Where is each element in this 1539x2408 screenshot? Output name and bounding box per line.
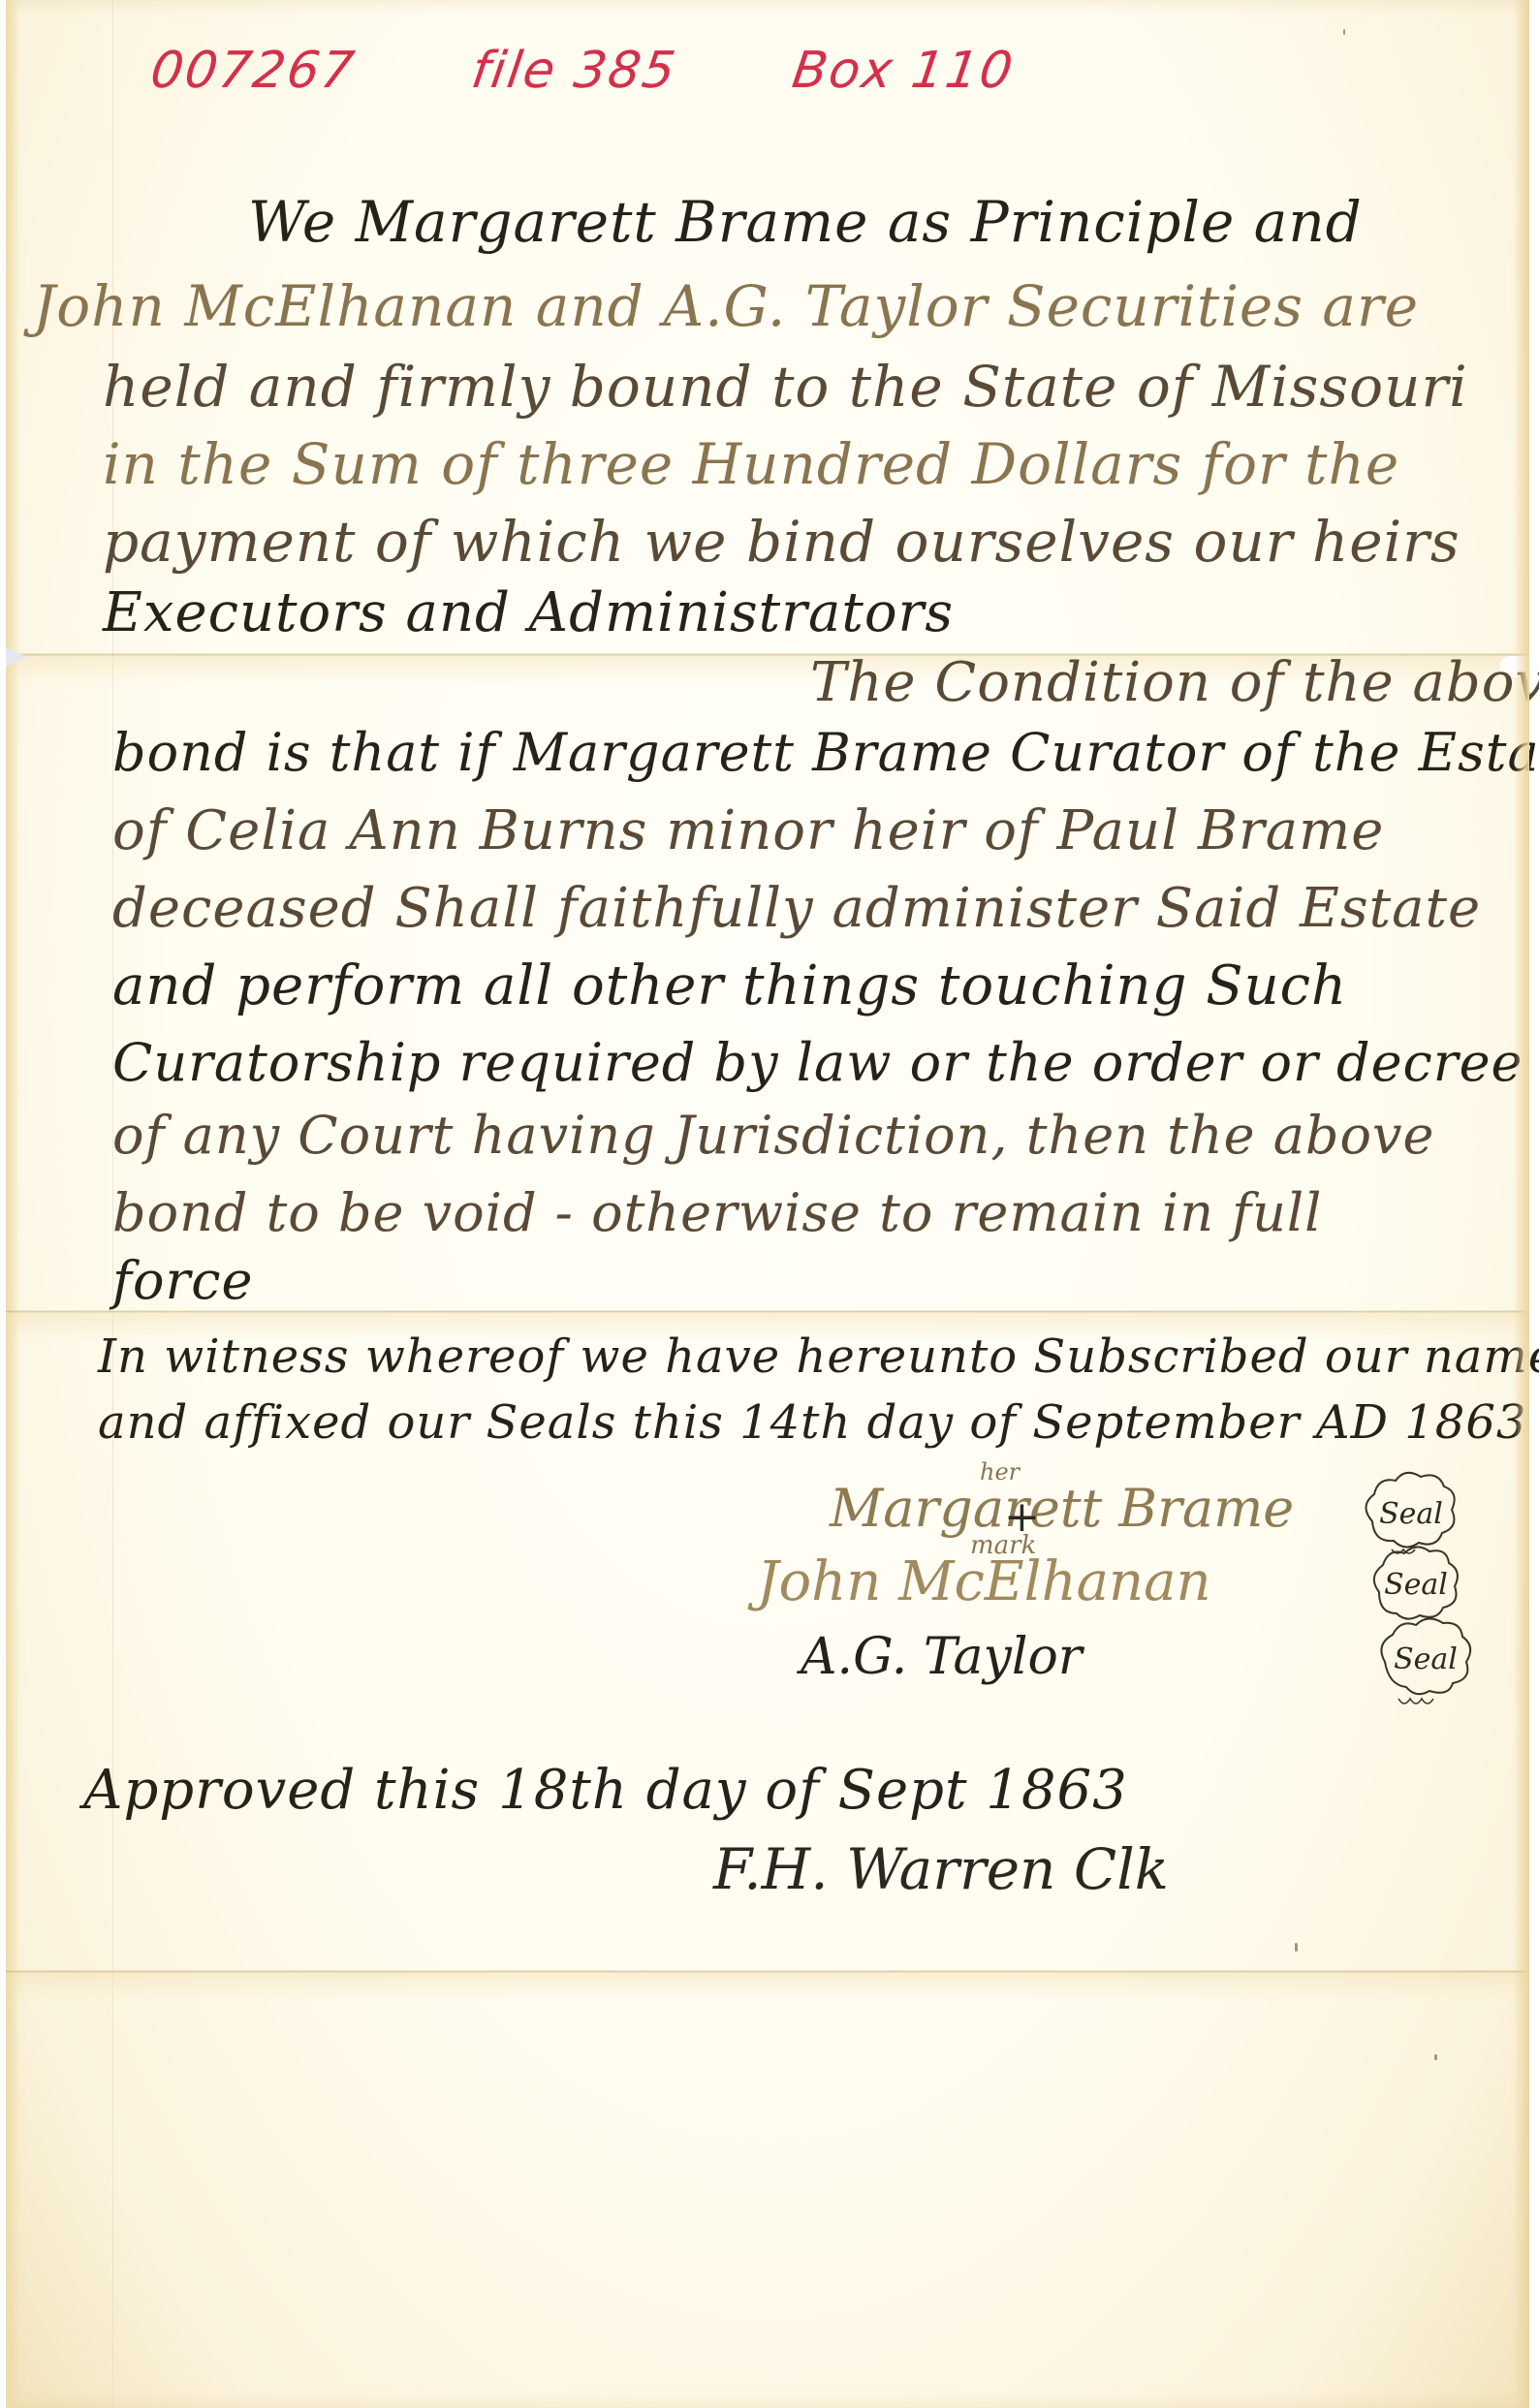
signature-name: Margarett Brame (830, 1478, 1294, 1539)
approval-line: Approved this 18th day of Sept 1863 (83, 1759, 1128, 1822)
seal-label: Seal (1353, 1497, 1469, 1531)
witness-line-1: In witness whereof we have hereunto Subs… (98, 1329, 1539, 1384)
file-number: file 385 (467, 42, 679, 100)
condition-line-3: of Celia Ann Burns minor heir of Paul Br… (112, 799, 1384, 862)
archive-annotation: 007267 file 385 Box 110 (151, 27, 1014, 114)
seal-label: Seal (1367, 1642, 1484, 1676)
box-number: Box 110 (788, 42, 1017, 100)
ink-speck (1434, 2054, 1437, 2060)
witness-line-2: and affixed our Seals this 14th day of S… (98, 1395, 1526, 1450)
condition-line-6: Curatorship required by law or the order… (112, 1032, 1523, 1093)
seal-icon: Seal (1367, 1613, 1484, 1725)
fold-crease-lower (6, 1970, 1529, 1973)
condition-line-1: The Condition of the above (810, 651, 1539, 714)
condition-line-9: force (112, 1250, 254, 1311)
condition-line-4: deceased Shall faithfully administer Sai… (112, 877, 1481, 940)
condition-line-5: and perform all other things touching Su… (112, 954, 1347, 1017)
fold-crease-shadow (6, 1972, 1529, 2001)
bond-line-6: Executors and Administrators (103, 581, 954, 644)
signature-margarett-brame: Margarett Brame (830, 1478, 1294, 1539)
ink-speck (1295, 1943, 1298, 1952)
signature-john-mcelhanan: John McElhanan (757, 1550, 1211, 1613)
paper-tear-left (6, 647, 48, 667)
condition-line-8: bond to be void - otherwise to remain in… (112, 1182, 1322, 1243)
record-number: 007267 (147, 42, 360, 100)
bond-line-4: in the Sum of three Hundred Dollars for … (103, 431, 1399, 497)
condition-line-7: of any Court having Jurisdiction, then t… (112, 1105, 1434, 1166)
bond-line-3: held and firmly bound to the State of Mi… (103, 354, 1468, 420)
bond-line-5: payment of which we bind ourselves our h… (103, 509, 1460, 575)
document-page: 007267 file 385 Box 110 We Margarett Bra… (6, 0, 1529, 2408)
bond-line-2: John McElhanan and A.G. Taylor Securitie… (33, 273, 1419, 339)
ink-speck (1343, 29, 1345, 35)
signature-ag-taylor: A.G. Taylor (801, 1628, 1083, 1686)
clerk-signature: F.H. Warren Clk (713, 1836, 1169, 1902)
seal-label: Seal (1358, 1568, 1474, 1602)
bond-line-1: We Margarett Brame as Principle and (248, 189, 1363, 255)
condition-line-2: bond is that if Margarett Brame Curator … (112, 722, 1539, 783)
